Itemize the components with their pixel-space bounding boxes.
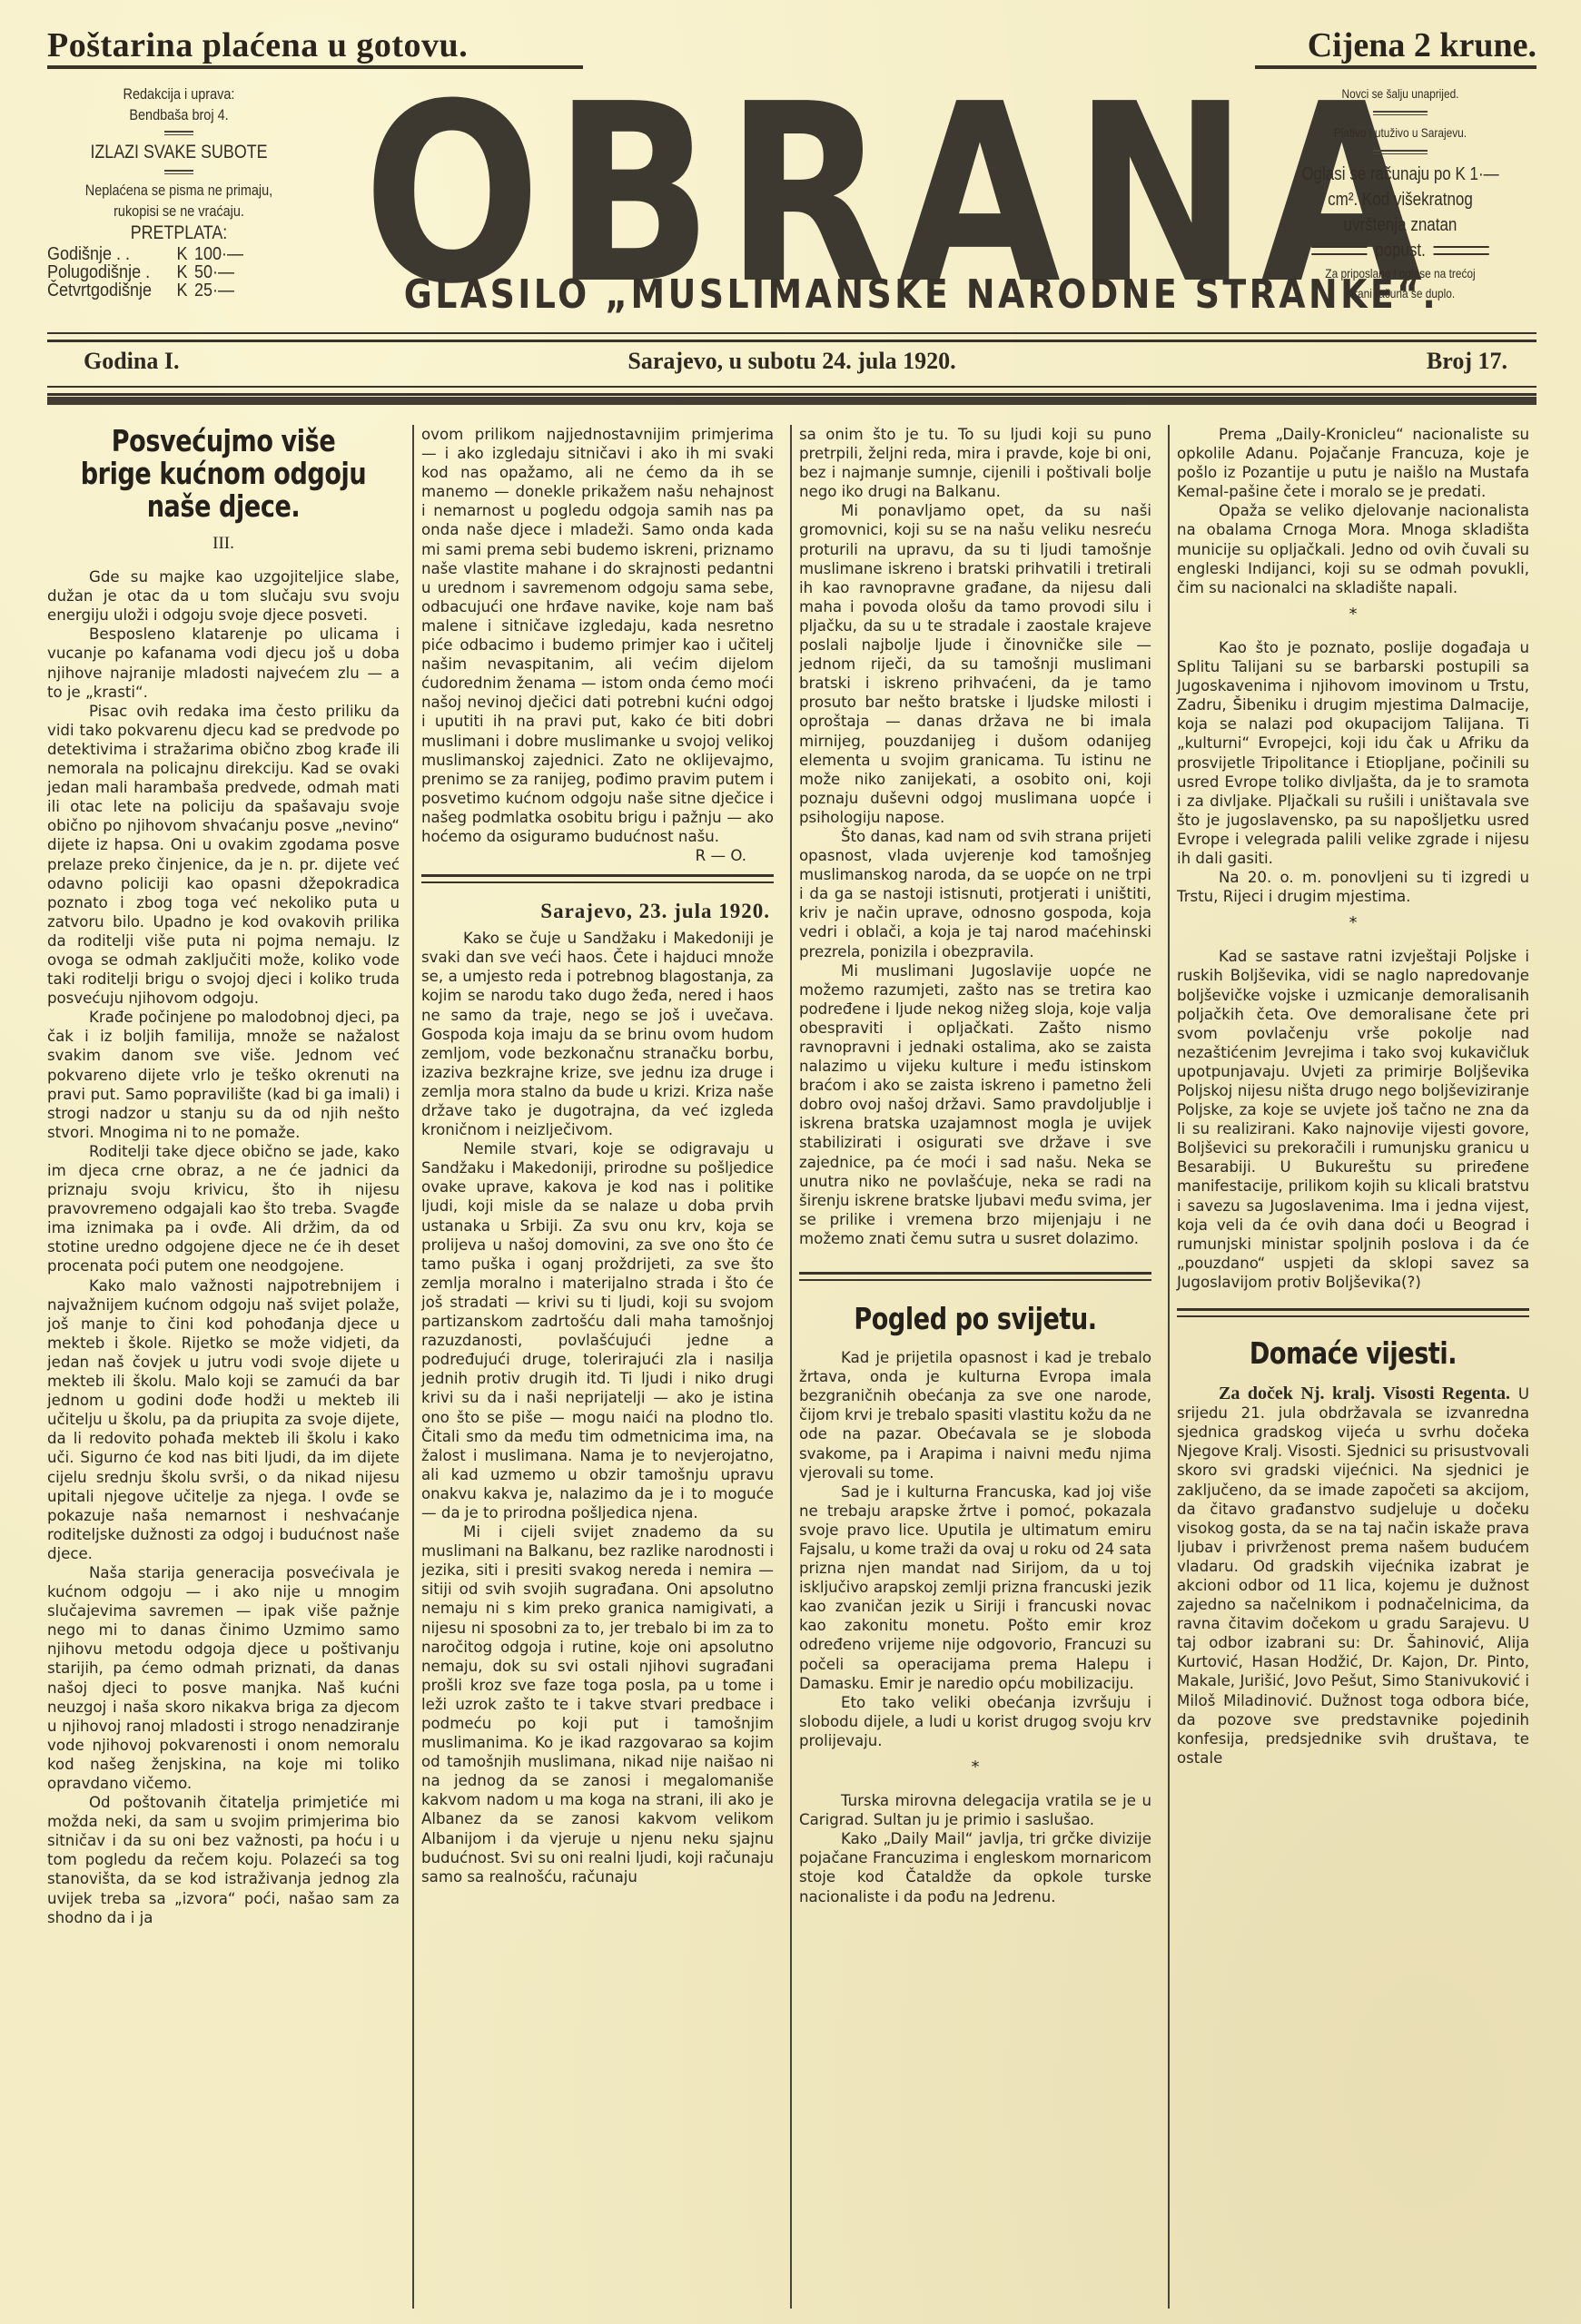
heavy-rule bbox=[47, 397, 1537, 405]
paragraph: Za doček Nj. kralj. Visosti Regenta. U s… bbox=[1177, 1384, 1529, 1768]
paragraph: Eto tako veliki obećanja izvršuju i slob… bbox=[799, 1693, 1151, 1750]
masthead-rule bbox=[47, 332, 1537, 342]
editorial-label: Redakcija i uprava: bbox=[67, 84, 291, 104]
ads-line-3: uvrštenja znatan bbox=[1285, 212, 1517, 238]
asterisk-separator: * bbox=[799, 1758, 1151, 1777]
subscription-row: Četvrtgodišnje K 25·— bbox=[47, 281, 284, 300]
payment-info: Novci se šalju unaprijed. Plativo i utuž… bbox=[1264, 84, 1537, 303]
paragraph: Prema „Daily-Kronicleu“ nacionaliste su … bbox=[1177, 425, 1529, 501]
article-dateline: Sarajevo, 23. jula 1920. bbox=[421, 898, 770, 925]
paragraph: Mi muslimani Jugoslavije uopće ne možemo… bbox=[799, 961, 1151, 1248]
article-body: U srijedu 21. jula obdržavala se izvanre… bbox=[1177, 1385, 1529, 1767]
payment-line-1: Novci se šalju unaprijed. bbox=[1285, 84, 1517, 103]
paragraph: Naša starija generacija posvećivala je k… bbox=[47, 1563, 400, 1793]
paragraph: Kao što je poznato, poslije događaja u S… bbox=[1177, 638, 1529, 868]
article-signature: R — O. bbox=[421, 846, 746, 865]
asterisk-separator: * bbox=[1177, 605, 1529, 624]
paragraph: Pisac ovih redaka ima često priliku da v… bbox=[47, 702, 400, 1009]
paragraph: Kako „Daily Mail“ javlja, tri grčke divi… bbox=[799, 1829, 1151, 1905]
newspaper-subtitle: GLASILO „MUSLIMANSKE NARODNE STRANKE“. bbox=[404, 272, 1216, 318]
note-line-1: Za priposlano i oglase na trećoj bbox=[1285, 263, 1517, 283]
paragraph: Kad se sastave ratni izvještaji Poljske … bbox=[1177, 947, 1529, 1292]
article-headline: Pogled po svijetu. bbox=[831, 1303, 1120, 1335]
newspaper-page: Poštarina plaćena u gotovu. Cijena 2 kru… bbox=[47, 0, 1537, 2324]
issue-number: Broj 17. bbox=[1427, 348, 1507, 375]
section-divider bbox=[799, 1272, 1151, 1281]
divider bbox=[164, 131, 193, 135]
divider bbox=[1373, 111, 1428, 115]
paragraph: Mi ponavljamo opet, da su naši gromovnic… bbox=[799, 501, 1151, 827]
article-part-number: III. bbox=[47, 534, 400, 553]
paragraph: Turska mirovna delegacija vratila se je … bbox=[799, 1791, 1151, 1829]
column-divider bbox=[790, 425, 792, 2309]
paragraph: Kako se čuje u Sandžaku i Makedoniji je … bbox=[421, 929, 774, 1139]
column-1: Posvećujmo više brige kućnom odgoju naše… bbox=[47, 425, 400, 1927]
paragraph: sa onim što je tu. To su ljudi koji su p… bbox=[799, 425, 1151, 501]
publisher-info: Redakcija i uprava: Bendbaša broj 4. IZL… bbox=[47, 84, 311, 300]
paragraph: Nemile stvari, koje se odigravaju u Sand… bbox=[421, 1139, 774, 1522]
ads-line-4: popust. bbox=[1285, 238, 1517, 263]
paragraph: Sad je i kulturna Francuska, kad joj viš… bbox=[799, 1482, 1151, 1693]
column-divider bbox=[1168, 425, 1170, 2309]
ads-line-1: Oglasi se računaju po K 1·— bbox=[1285, 162, 1517, 187]
issue-date: Sarajevo, u subotu 24. jula 1920. bbox=[47, 348, 1537, 375]
paragraph: Gde su majke kao uzgojiteljice slabe, du… bbox=[47, 567, 400, 625]
paragraph: Opaža se veliko djelovanje nacionalista … bbox=[1177, 501, 1529, 596]
column-2: ovom prilikom najjednostavnijim primjeri… bbox=[421, 425, 774, 1886]
paragraph: Kad je prijetila opasnost i kad je treba… bbox=[799, 1348, 1151, 1482]
subscription-title: PRETPLATA: bbox=[67, 222, 291, 245]
article-headline: Domaće vijesti. bbox=[1209, 1337, 1497, 1370]
ads-line-2: cm². Kod višekratnog bbox=[1285, 187, 1517, 212]
notice-manuscripts: rukopisi se ne vraćaju. bbox=[67, 201, 291, 222]
column-divider bbox=[412, 425, 414, 2309]
frequency: IZLAZI SVAKE SUBOTE bbox=[67, 141, 291, 164]
article-headline: Posvećujmo više brige kućnom odgoju naše… bbox=[79, 425, 368, 523]
notice-letters: Neplaćena se pisma ne primaju, bbox=[67, 180, 291, 201]
note-line-2: strani računa se duplo. bbox=[1285, 283, 1517, 303]
divider bbox=[1311, 246, 1367, 255]
divider bbox=[1433, 246, 1488, 255]
paragraph: Mi i cijeli svijet znademo da su muslima… bbox=[421, 1522, 774, 1886]
divider bbox=[164, 170, 193, 174]
paragraph: Besposleno klatarenje po ulicama i vucan… bbox=[47, 625, 400, 701]
column-3: sa onim što je tu. To su ljudi koji su p… bbox=[799, 425, 1151, 1906]
paragraph: ovom prilikom najjednostavnijim primjeri… bbox=[421, 425, 774, 846]
paragraph: Kako malo važnosti najpotrebnijem i najv… bbox=[47, 1276, 400, 1563]
paragraph: Roditelji take djece obično se jade, kak… bbox=[47, 1142, 400, 1276]
payment-line-2: Plativo i utuživo u Sarajevu. bbox=[1285, 123, 1517, 143]
paragraph: Od poštovanih čitatelja primjetiće mi mo… bbox=[47, 1793, 400, 1927]
section-divider bbox=[1177, 1308, 1529, 1317]
address: Bendbaša broj 4. bbox=[67, 104, 291, 125]
dateline-rule bbox=[47, 386, 1537, 396]
subscription-row: Polugodišnje . K 50·— bbox=[47, 263, 284, 281]
subscription-table: Godišnje . . K 100·— Polugodišnje . K 50… bbox=[47, 245, 311, 300]
section-divider bbox=[421, 874, 774, 883]
paragraph: Krađe počinjene po malodobnoj djeci, pa … bbox=[47, 1008, 400, 1142]
divider bbox=[1373, 150, 1428, 154]
issue-dateline: Godina I. Sarajevo, u subotu 24. jula 19… bbox=[47, 348, 1537, 380]
paragraph: Na 20. o. m. ponovljeni su ti izgredi u … bbox=[1177, 868, 1529, 906]
paragraph: Što danas, kad nam od svih strana prijet… bbox=[799, 827, 1151, 961]
asterisk-separator: * bbox=[1177, 913, 1529, 932]
subscription-row: Godišnje . . K 100·— bbox=[47, 245, 284, 263]
article-lead: Za doček Nj. kralj. Visosti Regenta. bbox=[1219, 1384, 1510, 1403]
column-4: Prema „Daily-Kronicleu“ nacionaliste su … bbox=[1177, 425, 1529, 1768]
